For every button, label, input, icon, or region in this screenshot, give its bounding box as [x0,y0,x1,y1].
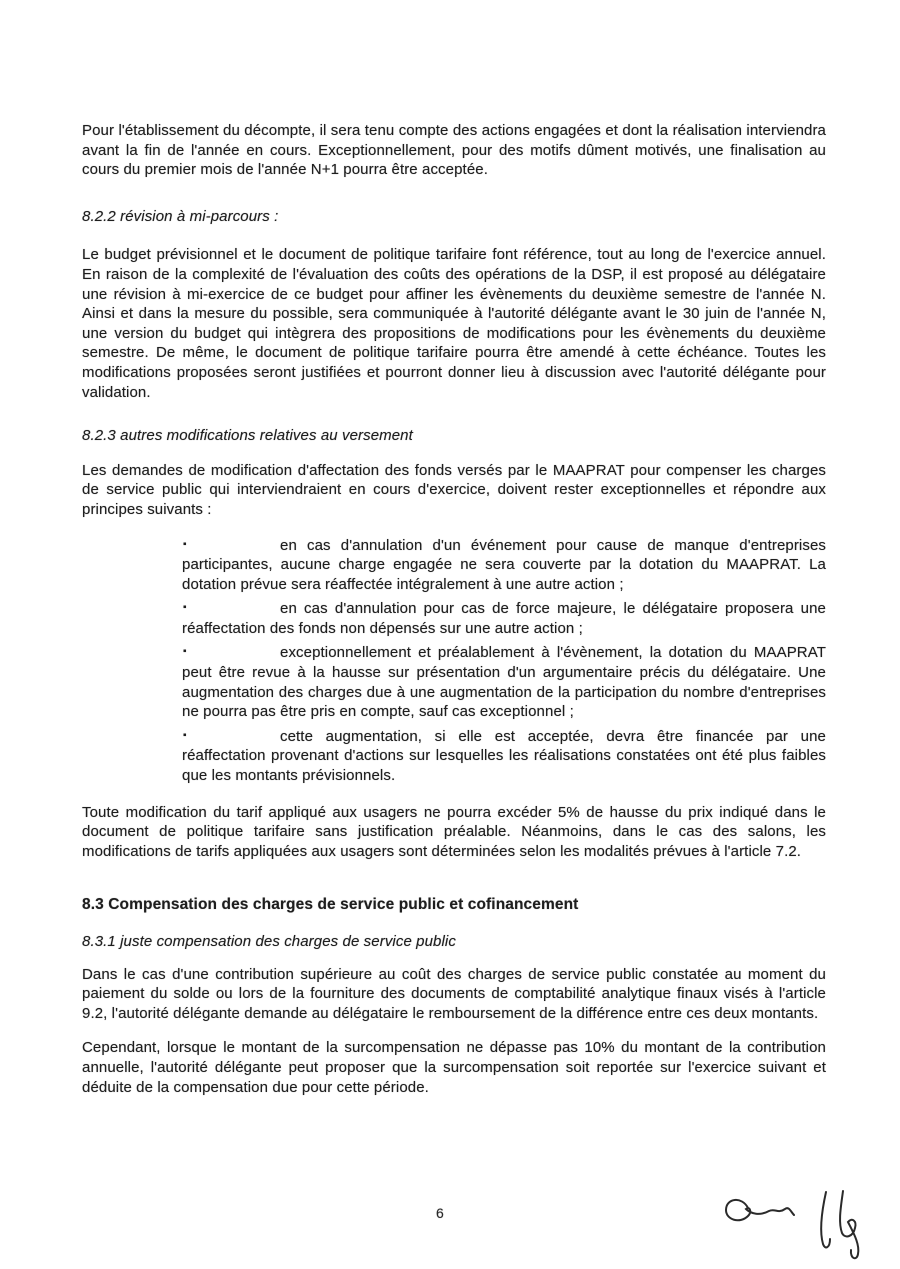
section-8-3-1-paragraph-2: Cependant, lorsque le montant de la surc… [82,1038,826,1097]
list-item: ▪ exceptionnellement et préalablement à … [182,643,826,721]
bullet-text: en cas d'annulation pour cas de force ma… [182,599,826,638]
section-8-2-2-paragraph: Le budget prévisionnel et le document de… [82,245,826,402]
bullet-text: cette augmentation, si elle est acceptée… [182,727,826,786]
bullet-square-icon: ▪ [183,726,187,746]
section-heading-8-3: 8.3 Compensation des charges de service … [82,895,826,915]
signature-area [718,1188,874,1266]
bullet-text: en cas d'annulation d'un événement pour … [182,536,826,595]
bullet-square-icon: ▪ [183,535,187,555]
section-8-3-1-paragraph-1: Dans le cas d'une contribution supérieur… [82,965,826,1024]
bullet-text: exceptionnellement et préalablement à l'… [182,643,826,721]
bullet-square-icon: ▪ [183,642,187,662]
handwritten-paraph-right-icon [812,1188,874,1266]
handwritten-paraph-left-icon [718,1188,796,1236]
section-8-2-3-intro-paragraph: Les demandes de modification d'affectati… [82,461,826,520]
list-item: ▪ en cas d'annulation pour cas de force … [182,599,826,638]
list-item: ▪ cette augmentation, si elle est accept… [182,727,826,786]
scanned-document-page: Pour l'établissement du décompte, il ser… [0,0,900,1269]
section-heading-8-2-2: 8.2.2 révision à mi-parcours : [82,207,826,227]
section-heading-8-2-3: 8.2.3 autres modifications relatives au … [82,426,826,446]
section-heading-8-3-1: 8.3.1 juste compensation des charges de … [82,932,826,952]
intro-paragraph: Pour l'établissement du décompte, il ser… [82,121,826,180]
tarif-modification-paragraph: Toute modification du tarif appliqué aux… [82,803,826,862]
bullet-list: ▪ en cas d'annulation d'un événement pou… [182,536,826,786]
bullet-square-icon: ▪ [183,598,187,618]
list-item: ▪ en cas d'annulation d'un événement pou… [182,536,826,595]
